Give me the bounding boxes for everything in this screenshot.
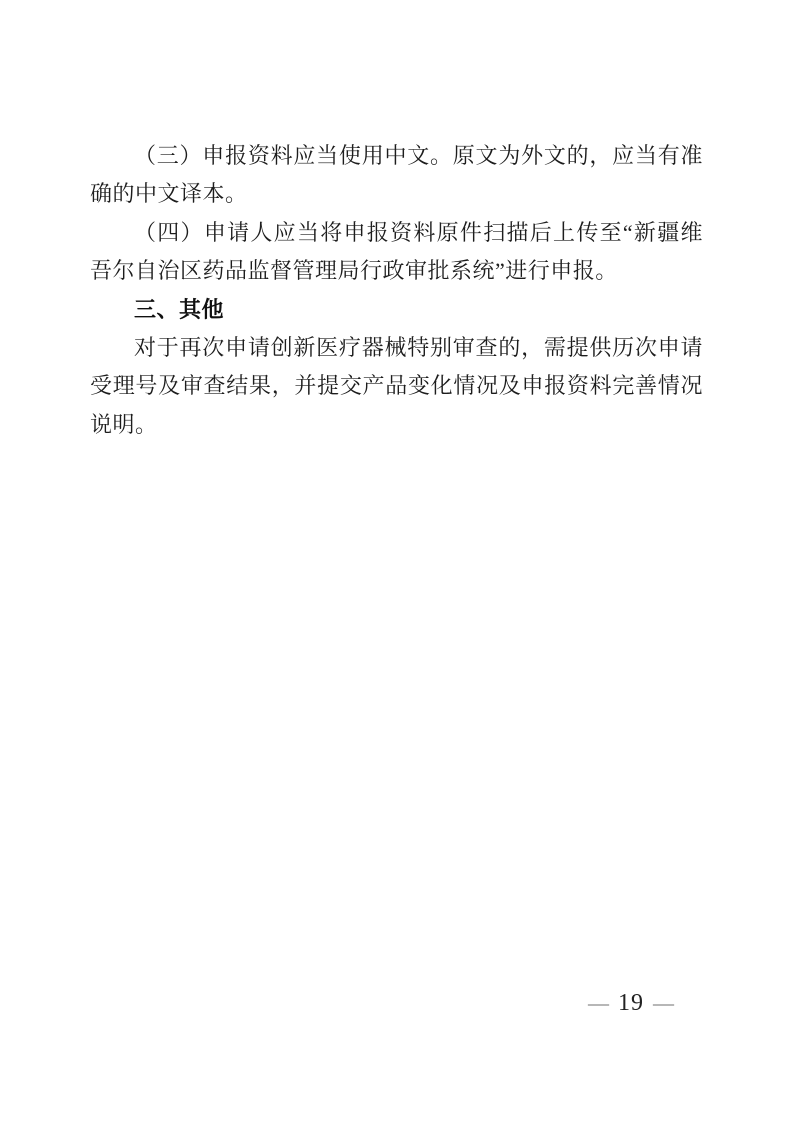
page-number-dash-left: —: [588, 993, 609, 1014]
document-body: （三）申报资料应当使用中文。原文为外文的，应当有准确的中文译本。 （四）申请人应…: [90, 137, 703, 444]
section-heading-other: 三、其他: [90, 291, 703, 329]
page-number-dash-right: —: [653, 993, 674, 1014]
page: （三）申报资料应当使用中文。原文为外文的，应当有准确的中文译本。 （四）申请人应…: [0, 0, 793, 1122]
paragraph-clause-3: （三）申报资料应当使用中文。原文为外文的，应当有准确的中文译本。: [90, 137, 703, 214]
document-page: { "document": { "language": "zh-CN", "te…: [0, 0, 793, 1122]
page-footer: — 19 —: [588, 991, 674, 1015]
page-number: 19: [618, 991, 644, 1015]
paragraph-clause-4: （四）申请人应当将申报资料原件扫描后上传至“新疆维吾尔自治区药品监督管理局行政审…: [90, 214, 703, 291]
paragraph-other-requirements: 对于再次申请创新医疗器械特别审查的，需提供历次申请受理号及审查结果，并提交产品变…: [90, 329, 703, 444]
